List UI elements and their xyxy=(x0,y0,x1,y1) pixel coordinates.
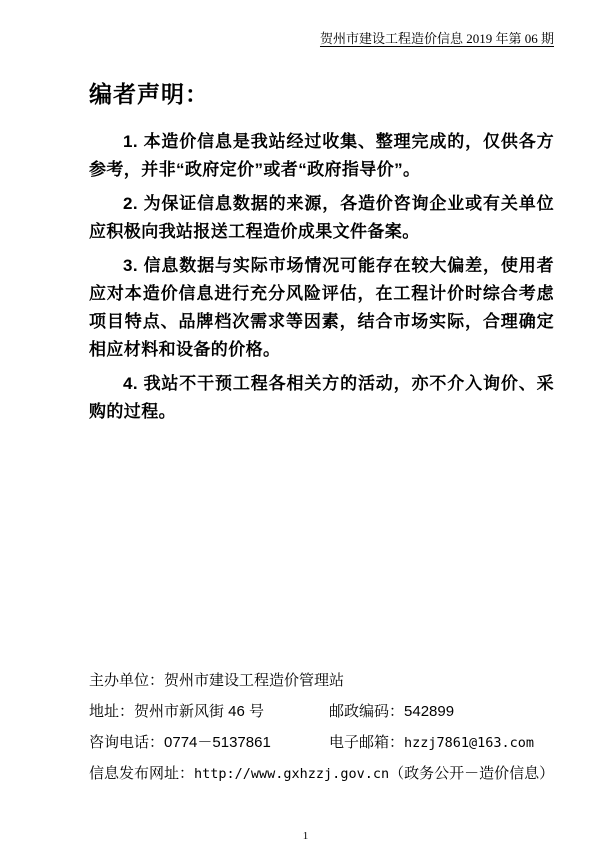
email-cell: 电子邮箱：hzzj7861@163.com xyxy=(329,734,534,752)
phone-email-row: 咨询电话：0774－5137861 电子邮箱：hzzj7861@163.com xyxy=(89,734,555,752)
page-number: 1 xyxy=(0,830,611,842)
address-label: 地址： xyxy=(89,703,134,720)
bulletin-issue-title: 贺州市建设工程造价信息 2019 年第 06 期 xyxy=(320,31,554,46)
statement-paragraph-4: 4. 我站不干预工程各相关方的活动，亦不介入询价、采购的过程。 xyxy=(89,370,554,426)
document-page: 贺州市建设工程造价信息 2019 年第 06 期 编者声明： 1. 本造价信息是… xyxy=(0,0,611,857)
statement-paragraph-1: 1. 本造价信息是我站经过收集、整理完成的，仅供各方参考，并非“政府定价”或者“… xyxy=(89,128,554,184)
website-note: （政务公开－造价信息） xyxy=(389,765,554,783)
email-label: 电子邮箱： xyxy=(329,734,404,751)
running-header: 贺州市建设工程造价信息 2019 年第 06 期 xyxy=(320,31,554,47)
email-value: hzzj7861@163.com xyxy=(404,735,534,751)
phone-label: 咨询电话： xyxy=(89,734,164,751)
website-label: 信息发布网址： xyxy=(89,765,194,783)
website-url: http://www.gxhzzj.gov.cn xyxy=(194,765,389,783)
organizer-row: 主办单位：贺州市建设工程造价管理站 xyxy=(89,672,555,690)
website-row: 信息发布网址：http://www.gxhzzj.gov.cn（政务公开－造价信… xyxy=(89,765,555,783)
organizer-value: 贺州市建设工程造价管理站 xyxy=(164,672,344,690)
address-value: 贺州市新风街 46 号 xyxy=(134,703,264,720)
address-postcode-row: 地址：贺州市新风街 46 号 邮政编码：542899 xyxy=(89,703,555,721)
postcode-label: 邮政编码： xyxy=(329,703,404,720)
organizer-label: 主办单位： xyxy=(89,672,164,690)
statement-paragraph-3: 3. 信息数据与实际市场情况可能存在较大偏差，使用者应对本造价信息进行充分风险评… xyxy=(89,252,554,364)
statement-title: 编者声明： xyxy=(89,81,554,107)
address-cell: 地址：贺州市新风街 46 号 xyxy=(89,703,329,721)
postcode-value: 542899 xyxy=(404,703,454,720)
phone-cell: 咨询电话：0774－5137861 xyxy=(89,734,329,752)
contact-info-block: 主办单位：贺州市建设工程造价管理站 地址：贺州市新风街 46 号 邮政编码：54… xyxy=(89,672,555,796)
statement-section: 编者声明： 1. 本造价信息是我站经过收集、整理完成的，仅供各方参考，并非“政府… xyxy=(89,81,554,432)
statement-paragraph-2: 2. 为保证信息数据的来源，各造价咨询企业或有关单位应积极向我站报送工程造价成果… xyxy=(89,190,554,246)
phone-value: 0774－5137861 xyxy=(164,734,271,751)
postcode-cell: 邮政编码：542899 xyxy=(329,703,454,721)
